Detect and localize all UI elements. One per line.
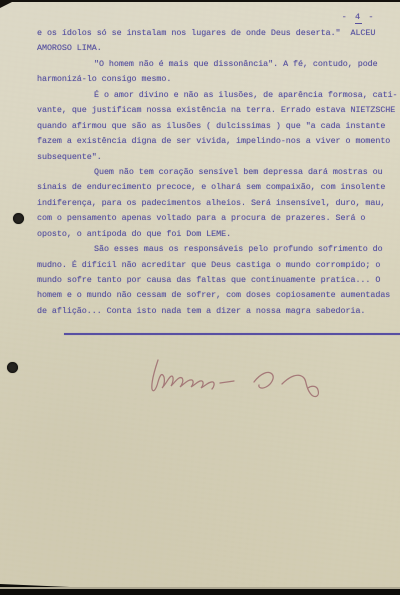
typed-body: e os ídolos só se instalam nos lugares d… (37, 26, 400, 319)
typed-line: AMOROSO LIMA. (37, 41, 400, 56)
scanned-page: - 4 - e os ídolos só se instalam nos lug… (0, 0, 400, 595)
scan-edge-bottom (0, 589, 400, 595)
typed-line: "O homem não é mais que dissonância". A … (37, 57, 400, 72)
handwritten-signature (142, 352, 342, 407)
page-number-value: 4 (355, 12, 362, 24)
typed-line: mundo sofre tanto por causa das faltas q… (37, 273, 400, 288)
typed-line: sinais de endurecimento precoce, e olhar… (37, 180, 400, 195)
typed-line: harmonizá-lo consigo mesmo. (37, 72, 400, 87)
typed-line: São esses maus os responsáveis pelo prof… (37, 242, 400, 257)
typed-ink-rule (64, 333, 400, 335)
typed-line: É o amor divino e não as ilusões, de apa… (37, 88, 400, 103)
scan-edge-top (0, 0, 400, 2)
typed-line: subsequente". (37, 150, 400, 165)
typed-line: e os ídolos só se instalam nos lugares d… (37, 26, 400, 41)
typed-line: mudno. É difícil não acreditar que Deus … (37, 258, 400, 273)
typed-line: Quem não tem coração sensível bem depres… (37, 165, 400, 180)
typed-line: quando afirmou que são as ilusões ( dulc… (37, 119, 400, 134)
page-number-prefix: - (342, 12, 355, 22)
typed-line: com o pensamento apenas voltado para a p… (37, 211, 400, 226)
typed-line: fazem a existência digna de ser vivida, … (37, 134, 400, 149)
page-number: - 4 - (342, 12, 375, 22)
scan-edge-top-left (0, 0, 16, 8)
typed-line: indiferença, para os padecimentos alheio… (37, 196, 400, 211)
page-number-suffix: - (362, 12, 375, 22)
typed-line: vante, que justificam nossa existência n… (37, 103, 400, 118)
typed-line: de aflição... Conta isto nada tem a dize… (37, 304, 400, 319)
typed-line: homem e o mundo não cessam de sofrer, co… (37, 288, 400, 303)
hole-punch-mark (13, 213, 24, 224)
hole-punch-mark (7, 362, 18, 373)
typed-line: oposto, o antípoda do que foi Dom LEME. (37, 227, 400, 242)
